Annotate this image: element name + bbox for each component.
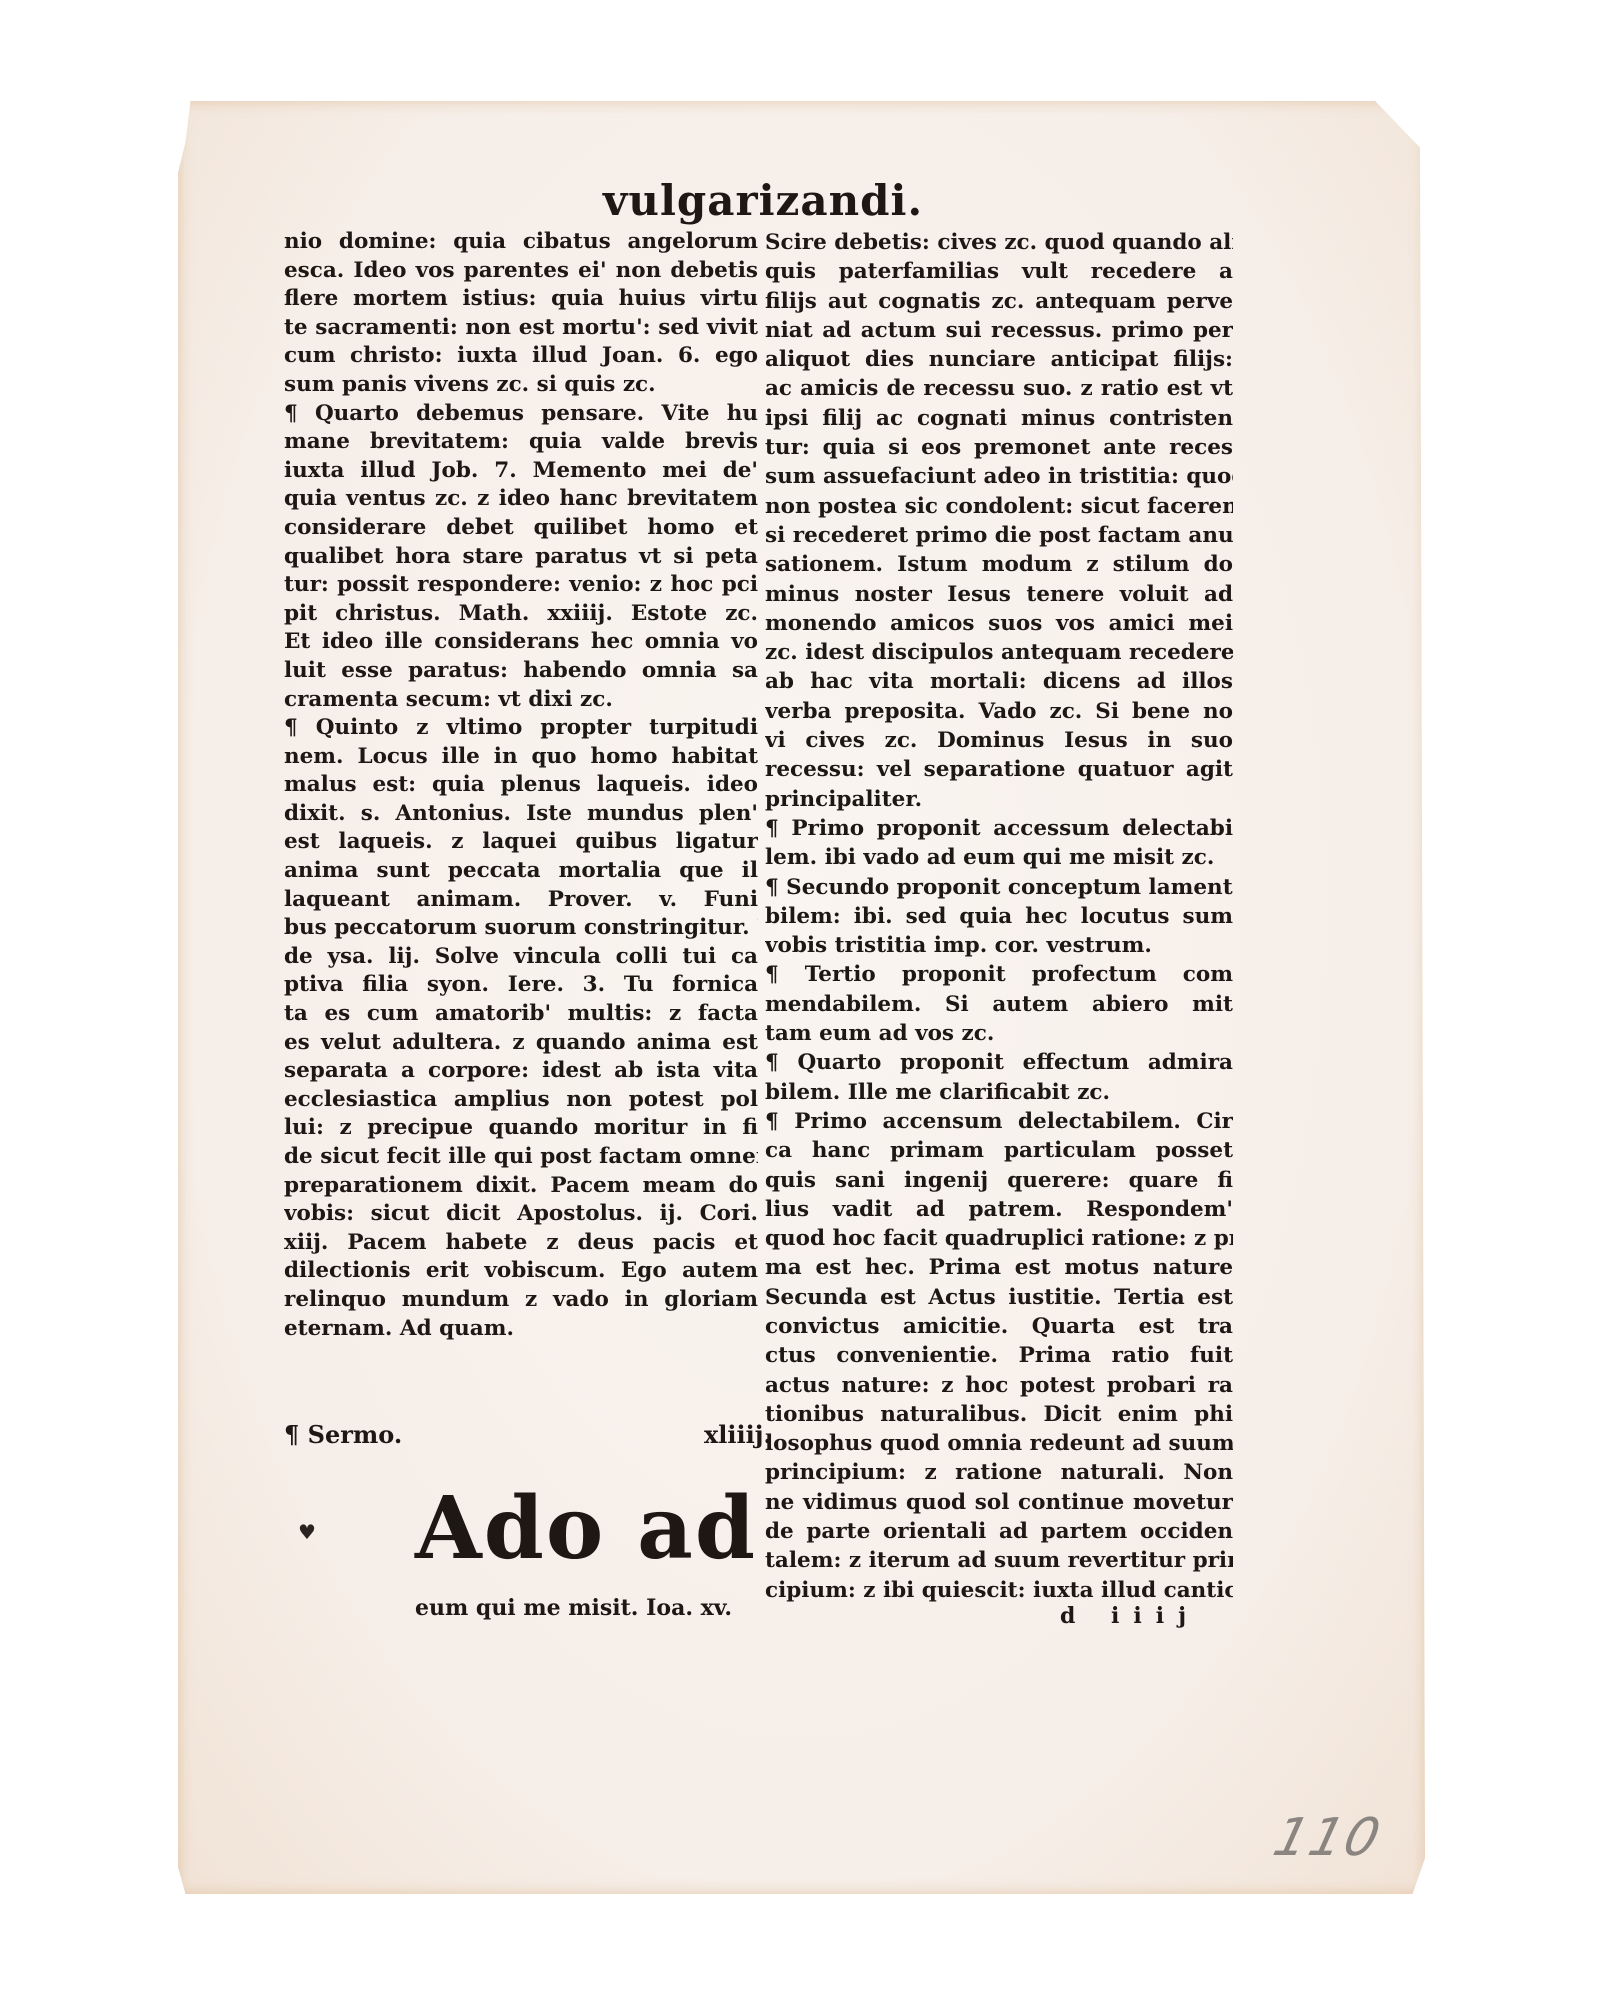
text-line: nem. Locus ille in quo homo habitat	[284, 743, 758, 772]
text-line: vi cives zc. Dominus Iesus in suo	[765, 726, 1233, 755]
text-line: losophus quod omnia redeunt ad suum	[765, 1429, 1233, 1458]
sermon-number: xliiij.	[704, 1420, 772, 1449]
text-line: convictus amicitie. Quarta est tra	[765, 1312, 1233, 1341]
text-line: quis paterfamilias vult recedere a	[765, 257, 1233, 286]
text-line: quod hoc facit quadruplici ratione: z pr…	[765, 1224, 1233, 1253]
text-line: ma est hec. Prima est motus nature	[765, 1253, 1233, 1282]
text-line: ca hanc primam particulam posset	[765, 1136, 1233, 1165]
text-line: ¶ Quinto z vltimo propter turpitudi	[284, 714, 758, 743]
text-line: iuxta illud Job. 7. Memento mei de'	[284, 457, 758, 486]
text-line: ¶ Tertio proponit profectum com	[765, 960, 1233, 989]
sermon-incipit-title: Ado ad	[415, 1478, 757, 1579]
text-line: mendabilem. Si autem abiero mit	[765, 990, 1233, 1019]
text-line: principium: z ratione naturali. Non	[765, 1458, 1233, 1487]
text-line: quis sani ingenij querere: quare fi	[765, 1166, 1233, 1195]
text-line: recessu: vel separatione quatuor agit	[765, 755, 1233, 784]
text-line: separata a corpore: idest ab ista vita	[284, 1057, 758, 1086]
text-line: lius vadit ad patrem. Respondem'	[765, 1195, 1233, 1224]
right-column: Scire debetis: cives zc. quod quando ali…	[765, 228, 1233, 1605]
text-line: tionibus naturalibus. Dicit enim phi	[765, 1400, 1233, 1429]
text-line: talem: z iterum ad suum revertitur prin	[765, 1546, 1233, 1575]
text-line: ¶ Quarto debemus pensare. Vite hu	[284, 400, 758, 429]
text-line: si recederet primo die post factam anu	[765, 521, 1233, 550]
running-head: vulgarizandi.	[603, 176, 923, 225]
text-line: aliquot dies nunciare anticipat filijs:	[765, 345, 1233, 374]
text-line: ¶ Quarto proponit effectum admira	[765, 1048, 1233, 1077]
text-line: tam eum ad vos zc.	[765, 1019, 1233, 1048]
text-line: actus nature: z hoc potest probari ra	[765, 1371, 1233, 1400]
heart-ornament-icon: ♥	[298, 1520, 316, 1544]
text-line: Et ideo ille considerans hec omnia vo	[284, 628, 758, 657]
text-line: flere mortem istius: quia huius virtu	[284, 285, 758, 314]
left-column: nio domine: quia cibatus angelorumesca. …	[284, 228, 758, 1343]
text-line: ¶ Primo accensum delectabilem. Cir	[765, 1107, 1233, 1136]
text-line: principaliter.	[765, 785, 1233, 814]
text-line: ¶ Primo proponit accessum delectabi	[765, 814, 1233, 843]
text-line: cipium: z ibi quiescit: iuxta illud cant…	[765, 1576, 1233, 1605]
text-line: sationem. Istum modum z stilum do	[765, 550, 1233, 579]
text-line: filijs aut cognatis zc. antequam perve	[765, 287, 1233, 316]
text-line: de ysa. lij. Solve vincula colli tui ca	[284, 943, 758, 972]
sermon-label: ¶ Sermo.	[284, 1420, 402, 1449]
text-line: mane brevitatem: quia valde brevis	[284, 428, 758, 457]
text-line: ¶ Secundo proponit conceptum lamenta	[765, 873, 1233, 902]
text-line: nio domine: quia cibatus angelorum	[284, 228, 758, 257]
text-line: minus noster Iesus tenere voluit ad	[765, 580, 1233, 609]
text-line: Scire debetis: cives zc. quod quando ali	[765, 228, 1233, 257]
text-line: te sacramenti: non est mortu': sed vivit	[284, 314, 758, 343]
text-line: sum panis vivens zc. si quis zc.	[284, 371, 758, 400]
text-line: quia ventus zc. z ideo hanc brevitatem	[284, 485, 758, 514]
text-line: lem. ibi vado ad eum qui me misit zc.	[765, 843, 1233, 872]
sermon-incipit-subtitle: eum qui me misit. Ioa. xv.	[415, 1595, 732, 1621]
text-line: ac amicis de recessu suo. z ratio est vt	[765, 374, 1233, 403]
text-line: ipsi filij ac cognati minus contristen	[765, 404, 1233, 433]
text-line: vobis tristitia imp. cor. vestrum.	[765, 931, 1233, 960]
text-line: verba preposita. Vado zc. Si bene no	[765, 697, 1233, 726]
text-line: non postea sic condolent: sicut facerent	[765, 492, 1233, 521]
text-line: laqueant animam. Prover. v. Funi	[284, 886, 758, 915]
text-line: tur: quia si eos premonet ante reces	[765, 433, 1233, 462]
text-line: ta es cum amatorib' multis: z facta	[284, 1000, 758, 1029]
text-line: lui: z precipue quando moritur in fi	[284, 1114, 758, 1143]
text-line: luit esse paratus: habendo omnia sa	[284, 657, 758, 686]
text-line: bilem: ibi. sed quia hec locutus sum	[765, 902, 1233, 931]
text-line: dixit. s. Antonius. Iste mundus plen'	[284, 800, 758, 829]
text-line: pit christus. Math. xxiiij. Estote zc.	[284, 600, 758, 629]
text-line: dilectionis erit vobiscum. Ego autem	[284, 1257, 758, 1286]
text-line: preparationem dixit. Pacem meam do	[284, 1172, 758, 1201]
text-line: monendo amicos suos vos amici mei	[765, 609, 1233, 638]
text-line: tur: possit respondere: venio: z hoc pci	[284, 571, 758, 600]
text-line: ptiva filia syon. Iere. 3. Tu fornica	[284, 971, 758, 1000]
text-line: considerare debet quilibet homo et	[284, 514, 758, 543]
text-line: es velut adultera. z quando anima est	[284, 1029, 758, 1058]
text-line: ecclesiastica amplius non potest pol	[284, 1086, 758, 1115]
text-line: zc. idest discipulos antequam recederet	[765, 638, 1233, 667]
text-line: sum assuefaciunt adeo in tristitia: quod	[765, 462, 1233, 491]
text-line: de parte orientali ad partem occiden	[765, 1517, 1233, 1546]
text-line: malus est: quia plenus laqueis. ideo	[284, 771, 758, 800]
pencil-page-number: 110	[1268, 1808, 1388, 1868]
text-line: cramenta secum: vt dixi zc.	[284, 686, 758, 715]
text-line: de sicut fecit ille qui post factam omne…	[284, 1143, 758, 1172]
text-line: eternam. Ad quam.	[284, 1315, 758, 1344]
text-line: ctus convenientie. Prima ratio fuit	[765, 1341, 1233, 1370]
text-line: anima sunt peccata mortalia que il	[284, 857, 758, 886]
text-line: cum christo: iuxta illud Joan. 6. ego	[284, 342, 758, 371]
text-line: xiij. Pacem habete z deus pacis et	[284, 1229, 758, 1258]
text-line: est laqueis. z laquei quibus ligatur	[284, 828, 758, 857]
text-line: vobis: sicut dicit Apostolus. ij. Cori.	[284, 1200, 758, 1229]
text-line: Secunda est Actus iustitie. Tertia est	[765, 1283, 1233, 1312]
text-line: relinquo mundum z vado in gloriam	[284, 1286, 758, 1315]
text-line: ab hac vita mortali: dicens ad illos	[765, 667, 1233, 696]
signature-mark: d iiij	[1060, 1603, 1200, 1629]
text-line: esca. Ideo vos parentes ei' non debetis	[284, 257, 758, 286]
text-line: bilem. Ille me clarificabit zc.	[765, 1078, 1233, 1107]
text-line: qualibet hora stare paratus vt si peta	[284, 543, 758, 572]
text-line: bus peccatorum suorum constringitur. Un	[284, 914, 758, 943]
text-line: ne vidimus quod sol continue movetur	[765, 1488, 1233, 1517]
text-line: niat ad actum sui recessus. primo per	[765, 316, 1233, 345]
